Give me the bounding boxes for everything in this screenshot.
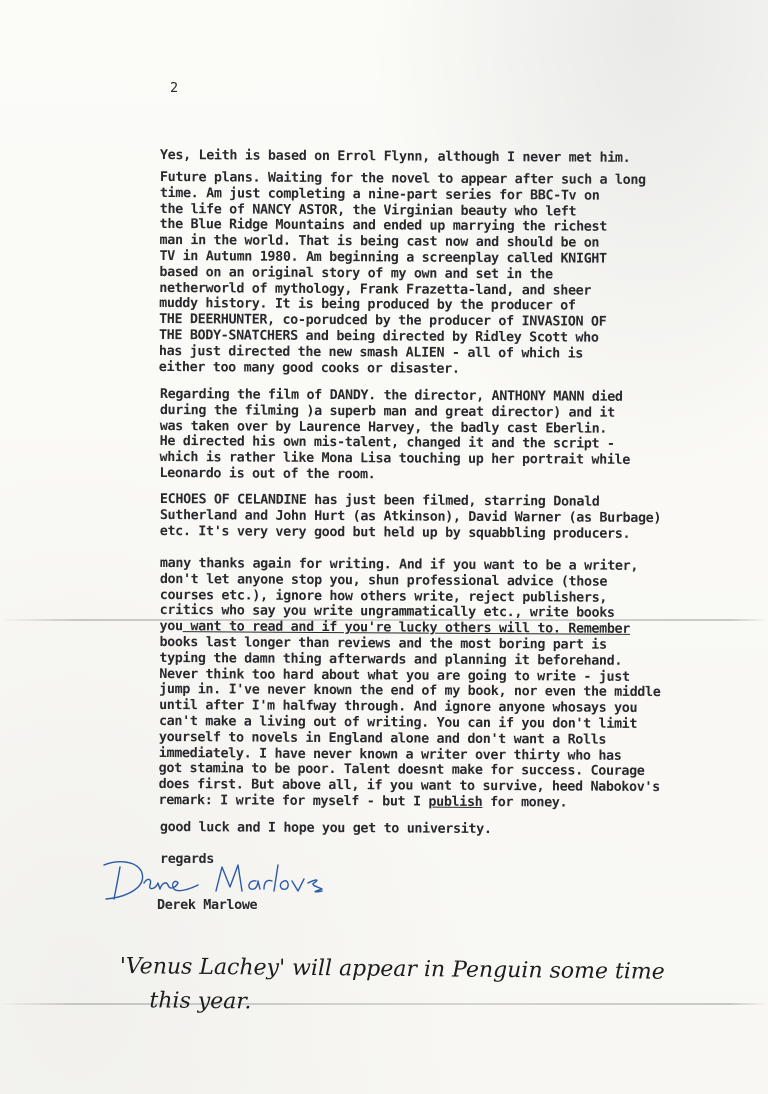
paragraph-good-luck: good luck and I hope you get to universi… (160, 820, 492, 838)
underlined-word: want to read and if you're lucky others … (183, 619, 630, 637)
typed-line: etc. It's very very good but held up by … (160, 524, 661, 543)
underlined-word: publish (428, 795, 482, 810)
paragraph-future-plans: Future plans. Waiting for the novel to a… (159, 170, 646, 378)
postscript-line: 'Venus Lachey' will appear in Penguin so… (120, 950, 665, 990)
paragraph-celandine: ECHOES OF CELANDINE has just been filmed… (160, 492, 662, 542)
paragraph-writing-advice: many thanks again for writing. And if yo… (158, 556, 661, 812)
typed-line: Yes, Leith is based on Errol Flynn, alth… (160, 148, 631, 167)
page-number: 2 (170, 80, 178, 96)
typed-line: good luck and I hope you get to universi… (160, 820, 492, 838)
typed-signature-name: Derek Marlowe (157, 898, 257, 913)
handwritten-postscript: 'Venus Lachey' will appear in Penguin so… (119, 950, 665, 1024)
typed-line: remark: I write for myself - but I publi… (158, 793, 659, 812)
paragraph-dandy: Regarding the film of DANDY. the directo… (159, 387, 630, 485)
postscript-line: this year. (149, 984, 664, 1023)
handwritten-signature: Derek Marlowe (98, 857, 358, 903)
typed-line: either too many good cooks or disaster. (159, 360, 645, 379)
paragraph-leith: Yes, Leith is based on Errol Flynn, alth… (160, 148, 631, 167)
typed-line: Leonardo is out of the room. (159, 466, 630, 485)
